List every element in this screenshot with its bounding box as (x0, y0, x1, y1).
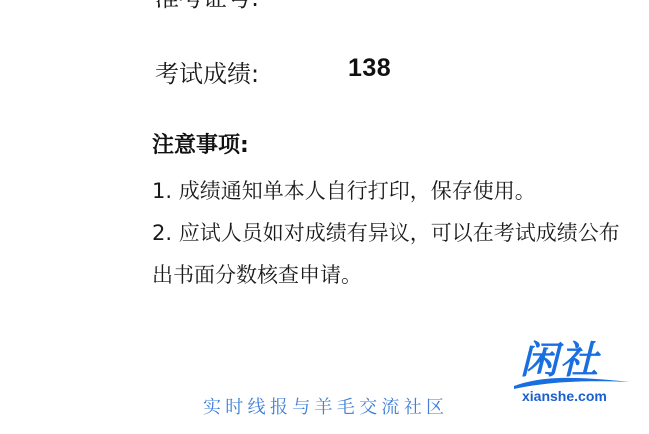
ticket-number-row: 准考证号: 2050010101877 (0, 0, 649, 18)
ticket-number-value: 2050010101877 (348, 0, 535, 7)
logo-domain: xianshe.com (522, 388, 607, 404)
watermark-slogan: 实时线报与羊毛交流社区 (203, 393, 448, 419)
note-item: 2. 应试人员如对成绩有异议，可以在考试成绩公布 (152, 217, 620, 247)
exam-score-label: 考试成绩: (155, 54, 259, 89)
exam-score-value: 138 (348, 54, 391, 83)
xianshe-logo: 闲社 xianshe.com (512, 338, 632, 410)
exam-score-row: 考试成绩: 138 (0, 54, 649, 94)
note-item: 出书面分数核查申请。 (152, 259, 362, 289)
ticket-number-label: 准考证号: (155, 0, 259, 13)
note-item: 1. 成绩通知单本人自行打印，保存使用。 (152, 175, 536, 205)
notes-title: 注意事项: (152, 128, 249, 159)
